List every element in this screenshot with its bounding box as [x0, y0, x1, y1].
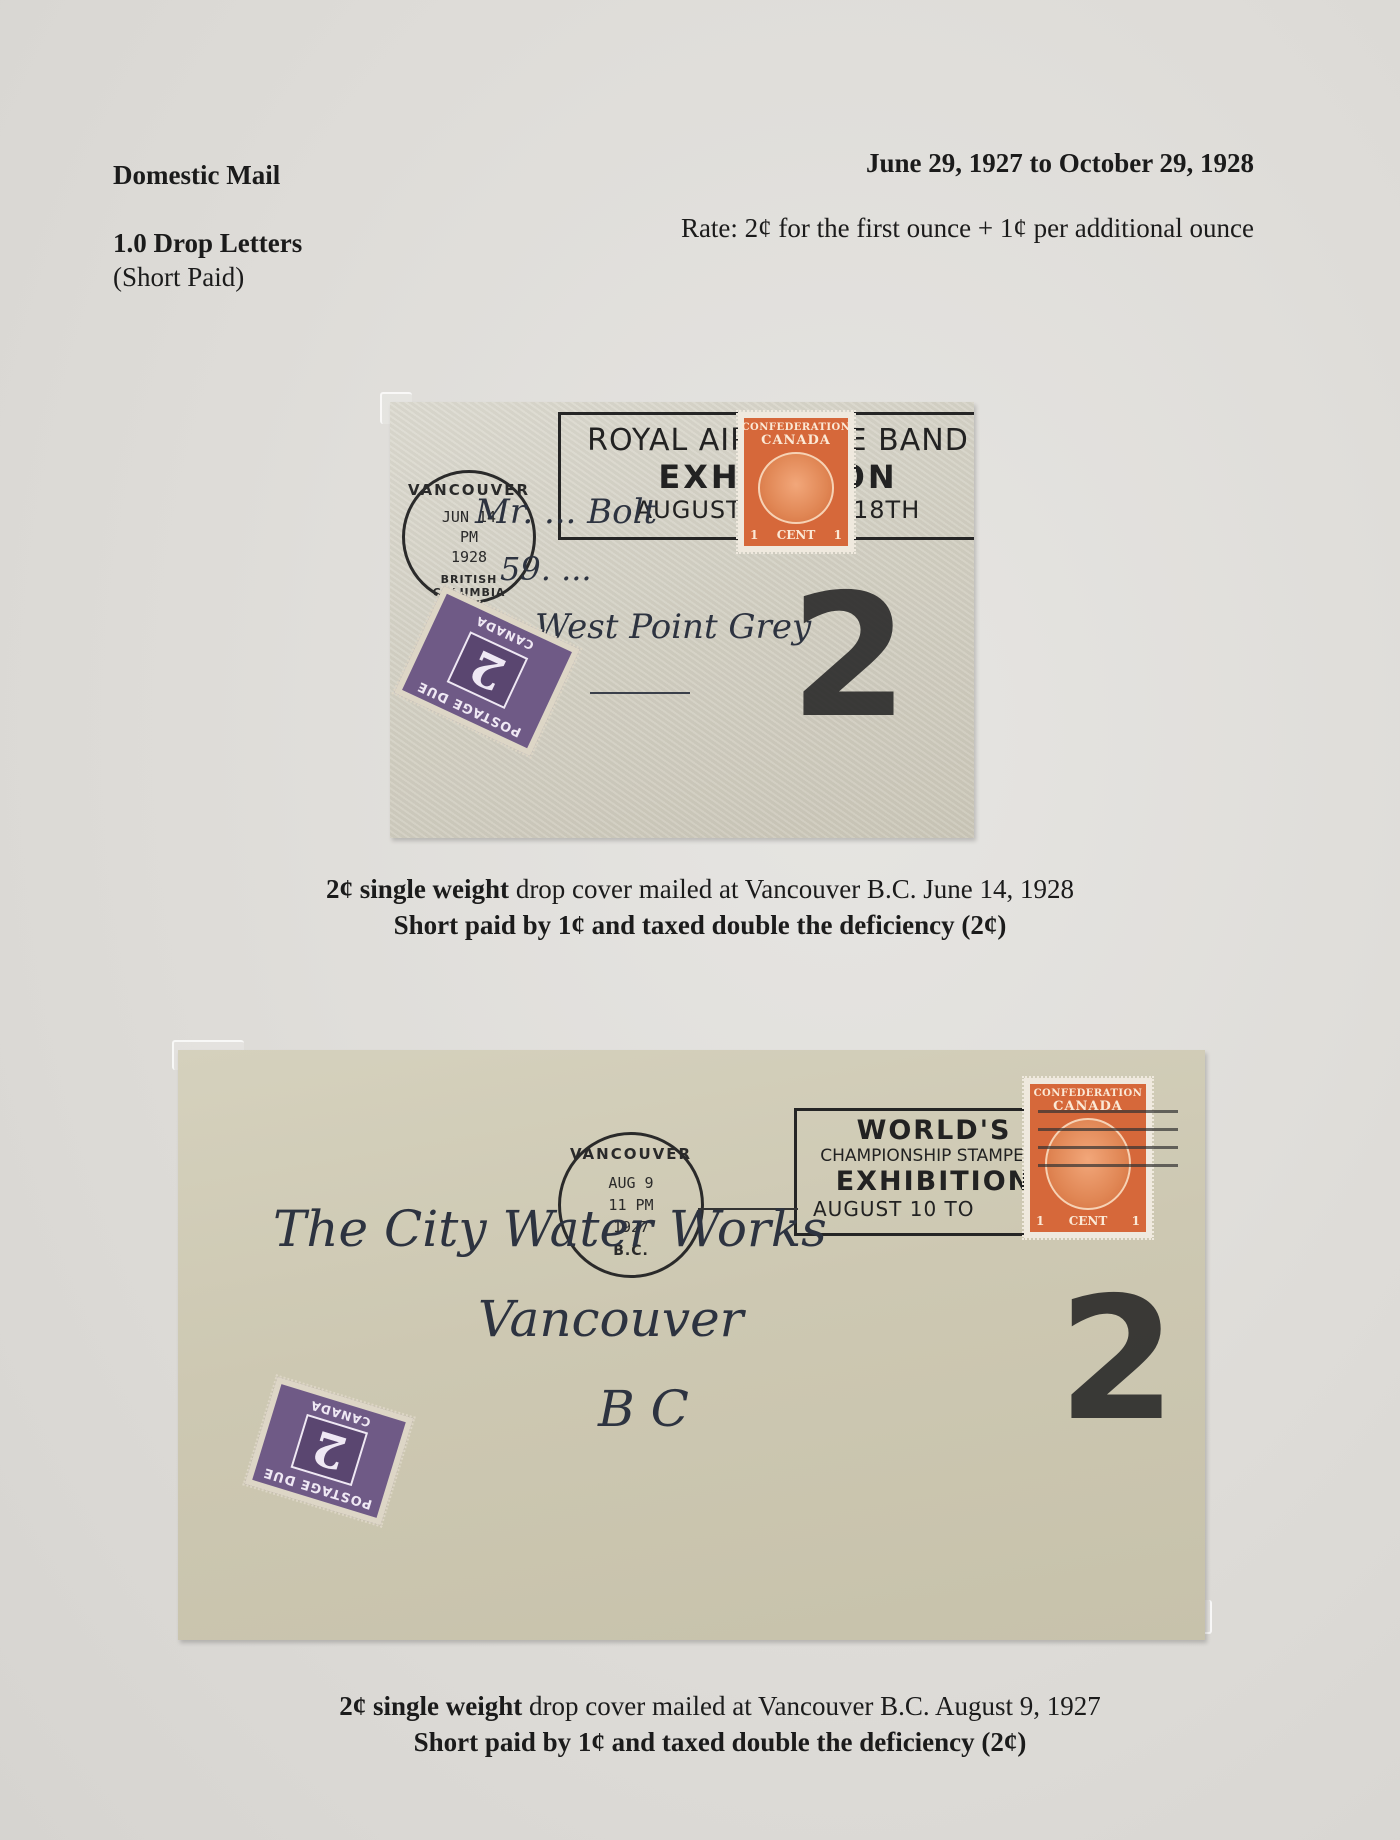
stamp-country: CANADA [761, 433, 831, 448]
one-cent-stamp: CONFEDERATION CANADA 1CENT1 [738, 412, 854, 552]
caption-line-2: Short paid by 1¢ and taxed double the de… [20, 1724, 1400, 1760]
subsection-title: 1.0 Drop Letters [113, 226, 302, 260]
caption-line-2: Short paid by 1¢ and taxed double the de… [0, 907, 1400, 943]
stamp-text: CONFEDERATION [1034, 1088, 1143, 1099]
due-marking: 2 [790, 572, 908, 742]
postmark-city: VANCOUVER [561, 1145, 701, 1163]
postage-due-stamp: POSTAGE DUE 2 CANADA [245, 1377, 414, 1526]
stamp-text: CONFEDERATION [742, 422, 851, 433]
address-line: B C [598, 1380, 689, 1438]
subsection-note: (Short Paid) [113, 260, 302, 294]
cover-1: ROYAL AIR FORCE BAND EXHIBITION AUGUST-8… [390, 402, 974, 838]
due-marking: 2 [1058, 1275, 1176, 1445]
caption-line-1: 2¢ single weight drop cover mailed at Va… [0, 871, 1400, 907]
address-line: Vancouver [478, 1290, 744, 1348]
caption-1: 2¢ single weight drop cover mailed at Va… [0, 871, 1400, 943]
section-title: Domestic Mail [113, 158, 302, 192]
address-line: West Point Grey [535, 607, 811, 647]
address-line: The City Water Works [273, 1200, 827, 1258]
period-heading: June 29, 1927 to October 29, 1928 [681, 148, 1254, 179]
address-line: 59. ... [500, 550, 592, 588]
postmark-date: AUG 9 [561, 1173, 701, 1193]
stamp-value-row: 1CENT1 [1030, 1214, 1146, 1228]
underline-stroke [590, 692, 690, 694]
caption-2: 2¢ single weight drop cover mailed at Va… [20, 1688, 1400, 1760]
page-header-left: Domestic Mail 1.0 Drop Letters (Short Pa… [113, 158, 302, 294]
portrait-icon [758, 452, 835, 524]
portrait-icon [1045, 1118, 1130, 1210]
rate-text: Rate: 2¢ for the first ounce + 1¢ per ad… [681, 213, 1254, 244]
cover-2: WORLD'S CHAMPIONSHIP STAMPEDE EXHIBITION… [178, 1050, 1205, 1640]
page-header-right: June 29, 1927 to October 29, 1928 Rate: … [681, 148, 1254, 244]
caption-line-1: 2¢ single weight drop cover mailed at Va… [20, 1688, 1400, 1724]
one-cent-stamp: CONFEDERATION CANADA 1CENT1 [1024, 1078, 1152, 1238]
address-line: Mr. ... Bolt [475, 492, 657, 532]
killer-bars [1038, 1110, 1178, 1113]
stamp-value-row: 1CENT1 [744, 528, 848, 542]
